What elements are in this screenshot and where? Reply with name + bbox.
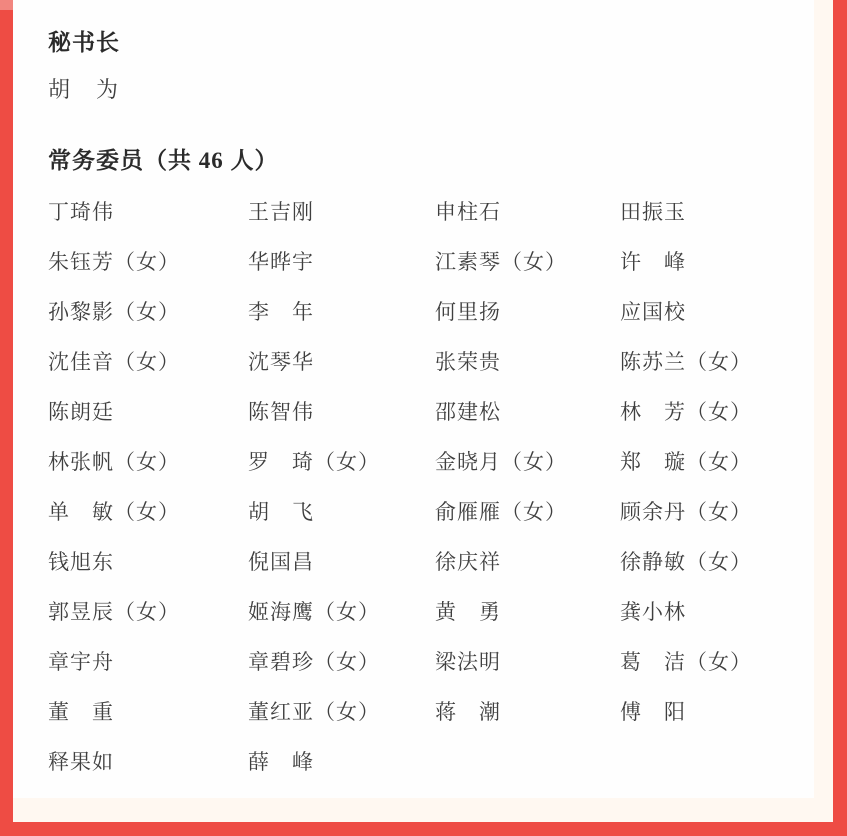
member-name: 董红亚（女） xyxy=(248,696,435,726)
member-name: 沈佳音（女） xyxy=(48,346,248,376)
member-name: 华晔宇 xyxy=(248,246,435,276)
member-name: 申柱石 xyxy=(435,196,620,226)
member-row: 释果如 薛 峰 xyxy=(48,736,814,786)
member-name: 林张帆（女） xyxy=(48,446,248,476)
member-name: 董 重 xyxy=(48,696,248,726)
member-name: 郭昱辰（女） xyxy=(48,596,248,626)
member-name: 陈朗廷 xyxy=(48,396,248,426)
member-name: 傅 阳 xyxy=(620,696,814,726)
member-row: 钱旭东 倪国昌 徐庆祥 徐静敏（女） xyxy=(48,536,814,586)
member-name: 章宇舟 xyxy=(48,646,248,676)
member-name: 王吉刚 xyxy=(248,196,435,226)
member-name: 罗 琦（女） xyxy=(248,446,435,476)
member-name: 张荣贵 xyxy=(435,346,620,376)
member-name: 丁琦伟 xyxy=(48,196,248,226)
page-border-left xyxy=(0,0,13,836)
member-row: 董 重 董红亚（女） 蒋 潮 傅 阳 xyxy=(48,686,814,736)
page-border-right xyxy=(833,0,847,836)
member-name: 葛 洁（女） xyxy=(620,646,814,676)
member-row: 郭昱辰（女） 姬海鹰（女） 黄 勇 龚小林 xyxy=(48,586,814,636)
member-row: 林张帆（女） 罗 琦（女） 金晓月（女） 郑 璇（女） xyxy=(48,436,814,486)
member-name: 徐静敏（女） xyxy=(620,546,814,576)
member-name: 林 芳（女） xyxy=(620,396,814,426)
member-name: 许 峰 xyxy=(620,246,814,276)
member-name: 黄 勇 xyxy=(435,596,620,626)
member-name: 蒋 潮 xyxy=(435,696,620,726)
member-name: 郑 璇（女） xyxy=(620,446,814,476)
member-name: 应国校 xyxy=(620,296,814,326)
document-page: 秘书长 胡 为 常务委员（共 46 人） 丁琦伟 王吉刚 申柱石 田振玉 朱钰芳… xyxy=(13,0,814,798)
member-row: 丁琦伟 王吉刚 申柱石 田振玉 xyxy=(48,186,814,236)
member-name: 倪国昌 xyxy=(248,546,435,576)
member-name: 释果如 xyxy=(48,746,248,776)
member-row: 陈朗廷 陈智伟 邵建松 林 芳（女） xyxy=(48,386,814,436)
standing-committee-member-grid: 丁琦伟 王吉刚 申柱石 田振玉 朱钰芳（女） 华晔宇 江素琴（女） 许 峰 孙黎… xyxy=(48,186,814,786)
member-name: 沈琴华 xyxy=(248,346,435,376)
page-gutter-right xyxy=(814,0,833,822)
member-name: 薛 峰 xyxy=(248,746,435,776)
member-name: 单 敏（女） xyxy=(48,496,248,526)
secretary-general-heading: 秘书长 xyxy=(48,28,814,58)
member-name: 金晓月（女） xyxy=(435,446,620,476)
member-name: 俞雁雁（女） xyxy=(435,496,620,526)
secretary-general-name: 胡 为 xyxy=(48,76,814,104)
member-name: 姬海鹰（女） xyxy=(248,596,435,626)
member-name: 李 年 xyxy=(248,296,435,326)
member-name: 钱旭东 xyxy=(48,546,248,576)
member-name: 孙黎影（女） xyxy=(48,296,248,326)
member-name: 梁法明 xyxy=(435,646,620,676)
page-border-left-cap xyxy=(0,0,13,10)
member-name: 龚小林 xyxy=(620,596,814,626)
member-row: 单 敏（女） 胡 飞 俞雁雁（女） 顾余丹（女） xyxy=(48,486,814,536)
member-name: 陈智伟 xyxy=(248,396,435,426)
member-row: 朱钰芳（女） 华晔宇 江素琴（女） 许 峰 xyxy=(48,236,814,286)
member-name: 邵建松 xyxy=(435,396,620,426)
member-name: 章碧珍（女） xyxy=(248,646,435,676)
member-row: 章宇舟 章碧珍（女） 梁法明 葛 洁（女） xyxy=(48,636,814,686)
page-gutter-bottom xyxy=(13,798,814,822)
member-name: 田振玉 xyxy=(620,196,814,226)
member-name: 胡 飞 xyxy=(248,496,435,526)
page-border-bottom xyxy=(0,822,847,836)
member-name: 何里扬 xyxy=(435,296,620,326)
member-name: 顾余丹（女） xyxy=(620,496,814,526)
member-name: 朱钰芳（女） xyxy=(48,246,248,276)
member-name: 陈苏兰（女） xyxy=(620,346,814,376)
member-name: 江素琴（女） xyxy=(435,246,620,276)
member-row: 沈佳音（女） 沈琴华 张荣贵 陈苏兰（女） xyxy=(48,336,814,386)
standing-committee-heading: 常务委员（共 46 人） xyxy=(48,146,814,176)
member-name: 徐庆祥 xyxy=(435,546,620,576)
member-row: 孙黎影（女） 李 年 何里扬 应国校 xyxy=(48,286,814,336)
